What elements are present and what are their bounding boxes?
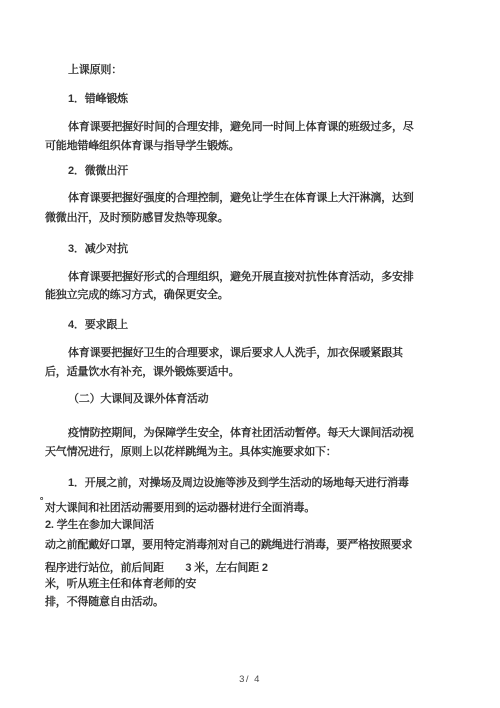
paragraph-line: 可能地错峰组织体育课与指导学生锻炼。 [45, 140, 239, 153]
paragraph-line: 对大课间和社团活动需要用到的运动器材进行全面消毒。 [45, 502, 315, 515]
page-number: 3/ 4 [0, 674, 500, 685]
document-page: 上课原则： 1．错峰锻炼 体育课要把握好时间的合理安排，避免同一时间上体育课的班… [0, 0, 500, 708]
numbered-heading-3: 3．减少对抗 [68, 243, 128, 256]
paragraph-line: 动之前配戴好口罩，要用特定消毒剂对自己的跳绳进行消毒，要严格按照要求 [45, 539, 412, 552]
doc-title-line: 上课原则： [68, 64, 122, 77]
paragraph-line: 程序进行站位，前后间距 3 米，左右间距 2 [45, 562, 268, 575]
paragraph-line: 排，不得随意自由活动。 [45, 596, 164, 609]
paragraph-line: 能独立完成的练习方式，确保更安全。 [45, 289, 229, 302]
paragraph-line: 米，听从班主任和体育老师的安 [45, 578, 196, 591]
list-item-2-line: 2. 学生在参加大课间活 [45, 519, 154, 532]
paragraph-line: 体育课要把握好时间的合理安排，避免同一时间上体育课的班级过多，尽 [68, 121, 414, 134]
paragraph-line: 体育课要把握好卫生的合理要求，课后要求人人洗手，加衣保暖紧跟其 [68, 347, 403, 360]
section-heading: （二）大课间及课外体育活动 [68, 393, 208, 406]
stray-period: 。 [40, 492, 49, 501]
numbered-heading-2: 2．微微出汗 [68, 165, 128, 178]
paragraph-line: 体育课要把握好强度的合理控制，避免让学生在体育课上大汗淋漓，达到 [68, 192, 414, 205]
numbered-heading-1: 1．错峰锻炼 [68, 93, 128, 106]
paragraph-line: 后，适量饮水有补充，课外锻炼要适中。 [45, 366, 239, 379]
paragraph-line: 疫情防控期间，为保障学生安全，体育社团活动暂停。每天大课间活动视 [68, 427, 414, 440]
paragraph-line: 体育课要把握好形式的合理组织，避免开展直接对抗性体育活动，多安排 [68, 271, 414, 284]
list-item-1-line: 1．开展之前，对操场及周边设施等涉及到学生活动的场地每天进行消毒 [68, 477, 409, 490]
numbered-heading-4: 4．要求跟上 [68, 319, 128, 332]
paragraph-line: 微微出汗，及时预防感冒发热等现象。 [45, 212, 229, 225]
paragraph-line: 天气情况进行，原则上以花样跳绳为主。具体实施要求如下： [45, 446, 337, 459]
